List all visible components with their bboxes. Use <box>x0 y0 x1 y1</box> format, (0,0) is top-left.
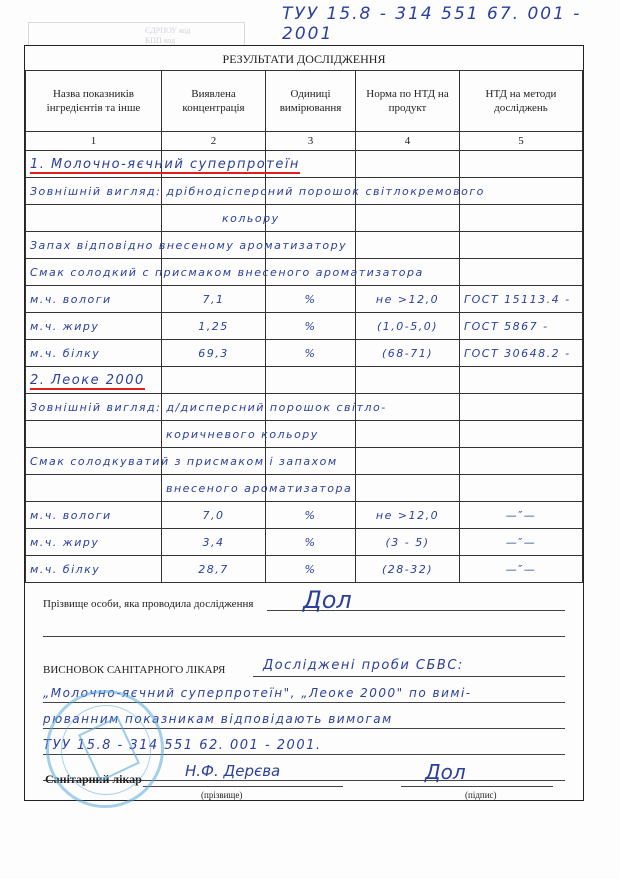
note-row: внесеного ароматизатора <box>26 475 583 502</box>
column-number: 5 <box>460 132 583 151</box>
table-row: м.ч. вологи 7,1 % не >12,0 ГОСТ 15113.4 … <box>26 286 583 313</box>
table-row: м.ч. білку 69,3 % (68-71) ГОСТ 30648.2 - <box>26 340 583 367</box>
note-row: Смак солодкий с присмаком внесеного аром… <box>26 259 583 286</box>
section-title: 2. Леоке 2000 <box>26 367 162 394</box>
indicator-norm: не >12,0 <box>356 502 460 529</box>
indicator-unit: % <box>266 313 356 340</box>
indicator-value: 7,1 <box>162 286 266 313</box>
doctor-signature-line <box>401 786 553 787</box>
table-row: м.ч. жиру 1,25 % (1,0-5,0) ГОСТ 5867 - <box>26 313 583 340</box>
note-text: Зовнішній вигляд: дрібнодісперсний порош… <box>26 178 162 205</box>
indicator-unit: % <box>266 502 356 529</box>
note-text: кольору <box>162 205 266 232</box>
column-header: Одиниці вимірювання <box>266 71 356 132</box>
note-row: Зовнішній вигляд: дрібнодісперсний порош… <box>26 178 583 205</box>
results-table: Назва показників інгредієнтів та інше Ви… <box>25 70 583 583</box>
indicator-value: 7,0 <box>162 502 266 529</box>
note-row: Зовнішній вигляд: д/дисперсний порошок с… <box>26 394 583 421</box>
blank-line <box>43 636 565 637</box>
note-row: Запах відповідно внесеному ароматизатору <box>26 232 583 259</box>
indicator-name: м.ч. білку <box>26 340 162 367</box>
faded-background-text: КПП код <box>145 36 175 45</box>
column-number: 4 <box>356 132 460 151</box>
note-text: Смак солодкий с присмаком внесеного аром… <box>26 259 162 286</box>
investigator-signature: Дол <box>303 586 352 614</box>
note-row: коричневого кольору <box>26 421 583 448</box>
section-title-row: 2. Леоке 2000 <box>26 367 583 394</box>
indicator-method: ГОСТ 15113.4 - <box>460 286 583 313</box>
faded-background-text: ЄДРПОУ код <box>145 26 190 35</box>
indicator-value: 1,25 <box>162 313 266 340</box>
indicator-unit: % <box>266 529 356 556</box>
conclusion-label: ВИСНОВОК САНІТАРНОГО ЛІКАРЯ <box>43 664 225 676</box>
indicator-norm: (68-71) <box>356 340 460 367</box>
results-form: РЕЗУЛЬТАТИ ДОСЛІДЖЕННЯ Назва показників … <box>24 45 584 801</box>
column-number: 2 <box>162 132 266 151</box>
table-row: м.ч. жиру 3,4 % (3 - 5) —″— <box>26 529 583 556</box>
note-text: внесеного ароматизатора <box>162 475 266 502</box>
indicator-method: —″— <box>460 529 583 556</box>
doctor-surname: Н.Ф. Дерєва <box>185 762 280 780</box>
column-header: Норма по НТД на продукт <box>356 71 460 132</box>
table-row: м.ч. вологи 7,0 % не >12,0 —″— <box>26 502 583 529</box>
indicator-unit: % <box>266 340 356 367</box>
surname-caption: (прізвище) <box>201 790 242 800</box>
column-number-row: 1 2 3 4 5 <box>26 132 583 151</box>
section-title-row: 1. Молочно-яєчний суперпротеїн <box>26 151 583 178</box>
column-header: Назва показників інгредієнтів та інше <box>26 71 162 132</box>
conclusion-text: Досліджені проби СБВС: <box>263 658 464 673</box>
column-header: НТД на методи досліджень <box>460 71 583 132</box>
indicator-method: ГОСТ 30648.2 - <box>460 340 583 367</box>
note-row: Смак солодкуватий з присмаком і запахом <box>26 448 583 475</box>
indicator-unit: % <box>266 286 356 313</box>
column-number: 1 <box>26 132 162 151</box>
indicator-method: —″— <box>460 502 583 529</box>
note-text: Зовнішній вигляд: д/дисперсний порошок с… <box>26 394 162 421</box>
column-header: Виявлена концентрація <box>162 71 266 132</box>
indicator-value: 69,3 <box>162 340 266 367</box>
note-text: Запах відповідно внесеному ароматизатору <box>26 232 162 259</box>
official-stamp-icon <box>46 690 164 808</box>
indicator-name: м.ч. жиру <box>26 313 162 340</box>
note-text: Смак солодкуватий з присмаком і запахом <box>26 448 162 475</box>
investigator-label: Прізвище особи, яка проводила дослідженн… <box>43 598 253 610</box>
indicator-norm: (1,0-5,0) <box>356 313 460 340</box>
handwritten-reference-number: ТУУ 15.8 - 314 551 67. 001 - 2001 <box>282 4 620 44</box>
stamp-emblem-icon <box>78 716 140 782</box>
signature-caption: (підпис) <box>465 790 497 800</box>
note-text: коричневого кольору <box>162 421 266 448</box>
table-header-row: Назва показників інгредієнтів та інше Ви… <box>26 71 583 132</box>
conclusion-line <box>253 676 565 677</box>
note-row: кольору <box>26 205 583 232</box>
indicator-name: м.ч. вологи <box>26 502 162 529</box>
indicator-norm: не >12,0 <box>356 286 460 313</box>
indicator-norm: (3 - 5) <box>356 529 460 556</box>
faded-background-box <box>28 22 245 46</box>
indicator-method: ГОСТ 5867 - <box>460 313 583 340</box>
column-number: 3 <box>266 132 356 151</box>
form-title: РЕЗУЛЬТАТИ ДОСЛІДЖЕННЯ <box>25 46 583 71</box>
indicator-name: м.ч. вологи <box>26 286 162 313</box>
indicator-name: м.ч. жиру <box>26 529 162 556</box>
section-title: 1. Молочно-яєчний суперпротеїн <box>26 151 162 178</box>
doctor-signature: Дол <box>425 760 466 784</box>
indicator-value: 3,4 <box>162 529 266 556</box>
doctor-surname-line <box>143 786 343 787</box>
